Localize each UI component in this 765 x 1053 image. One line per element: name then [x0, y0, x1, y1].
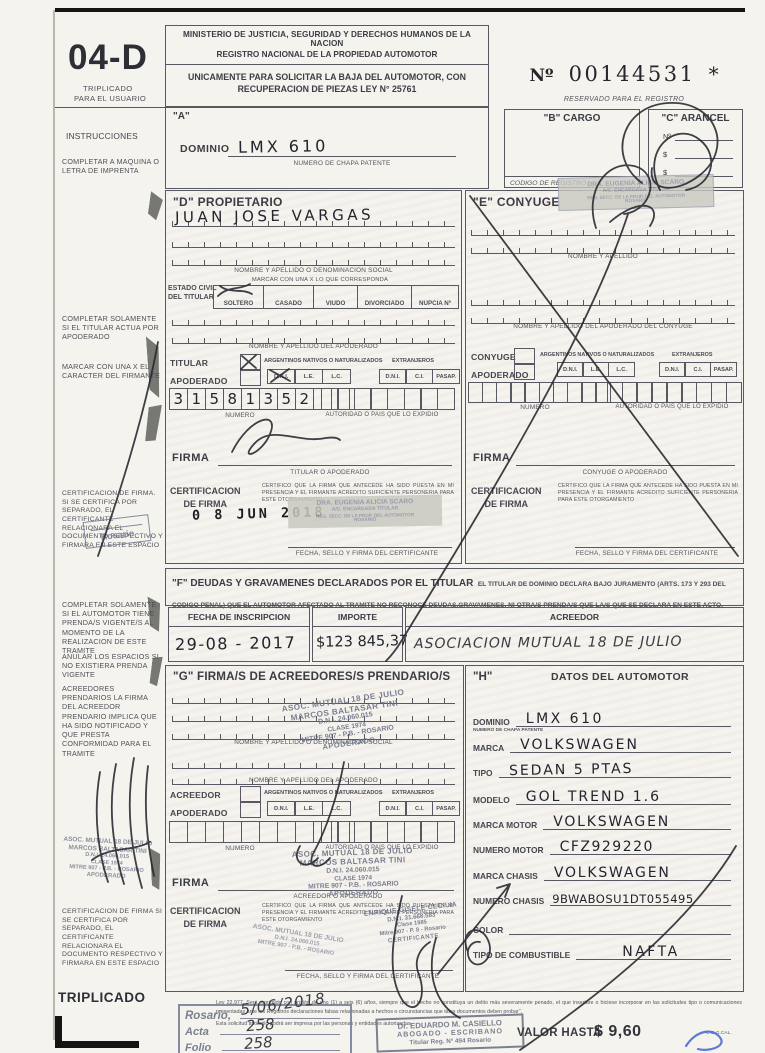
scan-bottom-bar — [55, 1041, 139, 1048]
scaro-stamp-top: DRA. EUGENIA ALICIA SCARO A/C. ENCARGADA… — [558, 174, 715, 211]
margin-note-1: COMPLETAR A MAQUINA O LETRA DE IMPRENTA — [62, 157, 164, 175]
copy-sublabel: PARA EL USUARIO — [74, 94, 146, 103]
valor-hasta-label: VALOR HASTA — [517, 1027, 602, 1039]
cert-date-line-e — [575, 547, 735, 548]
apoderado-name-line — [172, 312, 455, 326]
estado-option-divorciado: DIVORCIADO — [357, 286, 411, 308]
arg-caption-e: ARGENTINOS NATIVOS O NATURALIZADOS — [540, 352, 654, 358]
doc-le: L.E. — [294, 369, 323, 384]
h-row-color: COLOR — [473, 920, 731, 935]
folio-label: Folio — [185, 1042, 211, 1053]
margin-note-8: CERTIFICACION DE FIRMA SI SE CERTIFICA P… — [62, 908, 164, 969]
fecha-inscripcion-value: 29-08 - 2017 — [175, 633, 296, 654]
firma-label-g: FIRMA — [172, 877, 209, 889]
conyuge-authority-cells — [608, 382, 742, 403]
arancel-n-label: Nº — [663, 132, 671, 141]
ext-caption-g: EXTRANJEROS — [392, 790, 434, 796]
authority-cells — [322, 388, 455, 410]
fecha-sello-caption-g: FECHA, SELLO Y FIRMA DEL CERTIFICANTE — [278, 973, 458, 980]
cert-date-line — [288, 547, 452, 548]
h-row-dominio: DOMINIO LMX 610 — [473, 712, 731, 727]
section-h-title: "H" — [473, 670, 492, 683]
cert-firma-label-e: CERTIFICACION DE FIRMA — [471, 485, 542, 510]
scanned-form-04d: 04-D TRIPLICADO PARA EL USUARIO MINISTER… — [0, 0, 765, 1053]
ext-doc-boxes-g: D.N.I. C.I. PASAP. — [380, 801, 460, 816]
firma-line — [218, 465, 452, 466]
ext-doc-boxes: D.N.I. C.I. PASAP. — [380, 369, 460, 384]
autoridad-caption-e: AUTORIDAD O PAIS QUE LO EXPIDIO — [606, 404, 738, 410]
section-e-title: "E" CONYUGE — [473, 195, 560, 209]
importe-value: $123 845,37 — [316, 633, 409, 651]
estado-mark-caption: MARCAR CON UNA X LO QUE CORRESPONDA — [205, 277, 435, 283]
dominio-label: DOMINIO — [180, 143, 230, 155]
conyuge-name-line2 — [471, 240, 735, 254]
conyuge-apoderado-caption: NOMBRE Y APELLIDO DEL APODERADO DEL CONY… — [471, 323, 735, 330]
apoderado-caption: NOMBRE Y APELLIDO DEL APODERADO — [172, 343, 455, 350]
h-row-marca: MARCA VOLKSWAGEN — [473, 738, 731, 753]
conyuge-name-line — [471, 222, 735, 236]
h-row-num-motor: NUMERO MOTOR CFZ929220 — [473, 840, 731, 855]
acreedor-value: ASOCIACION MUTUAL 18 DE JULIO — [414, 634, 683, 652]
estado-option-soltero: SOLTERO — [214, 286, 263, 308]
section-f-title: "F" DEUDAS Y GRAVAMENES DECLARADOS POR E… — [172, 578, 473, 589]
form-code: 04-D — [68, 38, 148, 78]
tini-stamp-margin: ASOC. MUTUAL 18 DE JULIO MARCOS BALTASAR… — [43, 835, 171, 883]
reserved-caption: RESERVADO PARA EL REGISTRO — [508, 96, 740, 103]
owner-name-line3 — [172, 252, 455, 266]
conyuge-label: CONYUGE — [471, 352, 516, 362]
scan-bottom-corner — [55, 1016, 62, 1048]
apoderado-name-line2 — [172, 330, 455, 344]
acta-label: Acta — [185, 1026, 209, 1038]
g-apoderado-checkbox — [240, 801, 261, 818]
owner-name-caption: NOMBRE Y APELLIDO O DENOMINACION SOCIAL — [172, 267, 455, 274]
tini-stamp-firma: ASOC. MUTUAL 18 DE JULIO MARCOS BALTASAR… — [257, 845, 449, 902]
firma-label-e: FIRMA — [473, 452, 510, 464]
estado-civil-table: SOLTERO CASADO VIUDO DIVORCIADO NUPCIA N… — [213, 285, 459, 309]
arg-doc-boxes: D.N.I. L.E. L.C. — [268, 369, 351, 384]
firma-caption: TITULAR O APODERADO — [250, 469, 410, 476]
scaro-stamp-d: DRA. EUGENIA ALICIA SCARO A/C. ENCARGADA… — [288, 495, 443, 528]
section-h-subtitle: DATOS DEL AUTOMOTOR — [520, 671, 720, 683]
conyuge-name-caption: NOMBRE Y APELLIDO — [471, 253, 735, 260]
copy-label: TRIPLICADO — [83, 84, 133, 93]
firma-label: FIRMA — [172, 452, 209, 464]
estado-option-viudo: VIUDO — [313, 286, 357, 308]
ministry-line2: REGISTRO NACIONAL DE LA PROPIEDAD AUTOMO… — [174, 50, 480, 59]
ministry-box: MINISTERIO DE JUSTICIA, SEGURIDAD Y DERE… — [165, 25, 489, 107]
arg-doc-boxes-e: D.N.I. L.E. L.C. — [558, 362, 635, 377]
margin-note-6: ANULAR LOS ESPACIOS SI NO EXISTIERA PREN… — [62, 652, 164, 680]
scan-top-line — [55, 8, 745, 12]
acreedor-box: ACREEDOR ASOCIACION MUTUAL 18 DE JULIO — [405, 607, 744, 662]
arg-caption: ARGENTINOS NATIVOS O NATURALIZADOS — [264, 358, 383, 364]
g-apoderado-label: APODERADO — [170, 808, 228, 818]
dominio-value-handwritten: LMX 610 — [238, 136, 329, 157]
margin-note-7: ACREEDORES PRENDARIOS LA FIRMA DEL ACREE… — [62, 684, 164, 758]
h-dominio-caption: NUMERO DE CHAPA PATENTE — [473, 728, 543, 733]
apoderado-label: APODERADO — [170, 376, 228, 386]
margin-note-3: MARCAR CON UNA X EL CARACTER DEL FIRMANT… — [62, 362, 164, 380]
fecha-sello-caption-e: FECHA, SELLO Y FIRMA DEL CERTIFICANTE — [556, 550, 738, 557]
estado-option-casado: CASADO — [263, 286, 313, 308]
doc-lc: L.C. — [322, 369, 351, 384]
estado-option-nupcia: NUPCIA Nº — [411, 286, 458, 308]
section-a-title: "A" — [173, 111, 488, 122]
form-number: 00144531 — [569, 62, 696, 86]
h-row-num-chasis: NUMERO CHASIS 9BWABOSU1DT055495 — [473, 891, 731, 906]
valor-hasta-amount: $ 9,60 — [594, 1023, 641, 1041]
ext-doc-boxes-e: D.N.I. C.I. PASAP. — [660, 362, 737, 377]
rosario-label: Rosario, — [185, 1010, 231, 1022]
numero-caption-e: NUMERO — [490, 404, 580, 411]
conyuge-apoderado-line2 — [471, 310, 735, 324]
ministry-line1: MINISTERIO DE JUSTICIA, SEGURIDAD Y DERE… — [174, 30, 480, 48]
fecha-inscripcion-box: FECHA DE INSCRIPCION 29-08 - 2017 — [168, 607, 310, 662]
casiello-stamp: Dr. EDUARDO M. CASIELLO ABOGADO - ESCRIB… — [375, 1013, 524, 1052]
fecha-inscripcion-header: FECHA DE INSCRIPCION — [169, 608, 309, 622]
g-apoderado-caption: NOMBRE Y APELLIDO DEL APODERADO — [172, 777, 455, 784]
scan-fold-mark — [145, 403, 162, 442]
titular-label: TITULAR — [170, 358, 208, 368]
doc-pasap: PASAP. — [432, 369, 460, 384]
acreedor-label: ACREEDOR — [170, 790, 221, 800]
form-number-star: * — [709, 62, 719, 86]
h-row-marca-motor: MARCA MOTOR VOLKSWAGEN — [473, 815, 731, 830]
importe-header: IMPORTE — [313, 608, 402, 622]
margin-note-2: COMPLETAR SOLAMENTE SI EL TITULAR ACTUA … — [62, 314, 164, 342]
apoderado-checkbox — [240, 369, 261, 386]
folio-value-handwritten: 258 — [243, 1033, 273, 1053]
autoridad-caption: AUTORIDAD O PAIS QUE LO EXPIDIO — [312, 412, 452, 418]
g-authority-cells — [322, 821, 455, 843]
cargo-title: "B" CARGO — [505, 113, 639, 124]
h-row-combustible: TIPO DE COMBUSTIBLE NAFTA — [473, 945, 731, 960]
purpose-line2: RECUPERACION DE PIEZAS LEY N° 25761 — [176, 84, 478, 94]
firma-caption-e: CONYUGE O APODERADO — [545, 469, 705, 476]
owner-name-line2 — [172, 234, 455, 248]
g-apoderado-line1 — [172, 755, 455, 769]
cogcal-label: C.O.G.CAL. — [706, 1031, 732, 1036]
conyuge-apoderado-line — [471, 292, 735, 306]
arg-doc-boxes-g: D.N.I. L.E. L.C. — [268, 801, 351, 816]
owner-name-handwritten: JUAN JOSE VARGAS — [175, 206, 374, 227]
fecha-sello-caption: FECHA, SELLO Y FIRMA DEL CERTIFICANTE — [278, 550, 456, 557]
conyuge-number-cells — [469, 382, 611, 403]
section-f: "F" DEUDAS Y GRAVAMENES DECLARADOS POR E… — [165, 568, 744, 606]
ext-caption: EXTRANJEROS — [392, 358, 434, 364]
instructions-title: INSTRUCCIONES — [66, 131, 168, 142]
h-row-modelo: MODELO GOL TREND 1.6 — [473, 790, 731, 805]
arg-caption-g: ARGENTINOS NATIVOS O NATURALIZADOS — [264, 790, 383, 796]
doc-dni-ext: D.N.I. — [379, 369, 407, 384]
arancel-s1-label: $ — [663, 150, 667, 159]
purpose-line1: UNICAMENTE PARA SOLICITAR LA BAJA DEL AU… — [176, 72, 478, 82]
form-number-block: Nº 00144531 * — [508, 62, 740, 86]
doc-dni: D.N.I. — [267, 369, 296, 384]
h-row-tipo: TIPO SEDAN 5 PTAS — [473, 763, 731, 778]
scan-fold-mark — [147, 191, 164, 221]
h-row-marca-chasis: MARCA CHASIS VOLKSWAGEN — [473, 866, 731, 881]
firma-line-e — [516, 465, 735, 466]
triplicado-footer-label: TRIPLICADO — [58, 990, 146, 1005]
dominio-caption: NUMERO DE CHAPA PATENTE — [228, 160, 456, 167]
estado-civil-label: ESTADO CIVIL DEL TITULAR — [168, 284, 216, 302]
conyuge-apoderado-checkbox — [514, 363, 535, 380]
acreedor-header: ACREEDOR — [406, 608, 743, 622]
ext-caption-e: EXTRANJEROS — [672, 352, 712, 358]
certify-text-e: CERTIFICO QUE LA FIRMA QUE ANTECEDE HA S… — [558, 483, 738, 504]
doc-ci: C.I. — [405, 369, 433, 384]
arancel-title: "C" ARANCEL — [649, 113, 742, 124]
numero-caption: NUMERO — [190, 412, 290, 419]
form-number-label: Nº — [529, 66, 553, 86]
margin-divider — [55, 107, 165, 108]
margin-note-5: COMPLETAR SOLAMENTE SI EL AUTOMOTOR TIEN… — [62, 600, 164, 655]
scan-left-line — [53, 10, 55, 1040]
cert-date-line-g — [285, 970, 453, 971]
importe-box: IMPORTE $123 845,37 — [312, 607, 403, 662]
section-g-title: "G" FIRMA/S DE ACREEDORES/S PRENDARIO/S — [173, 670, 450, 683]
